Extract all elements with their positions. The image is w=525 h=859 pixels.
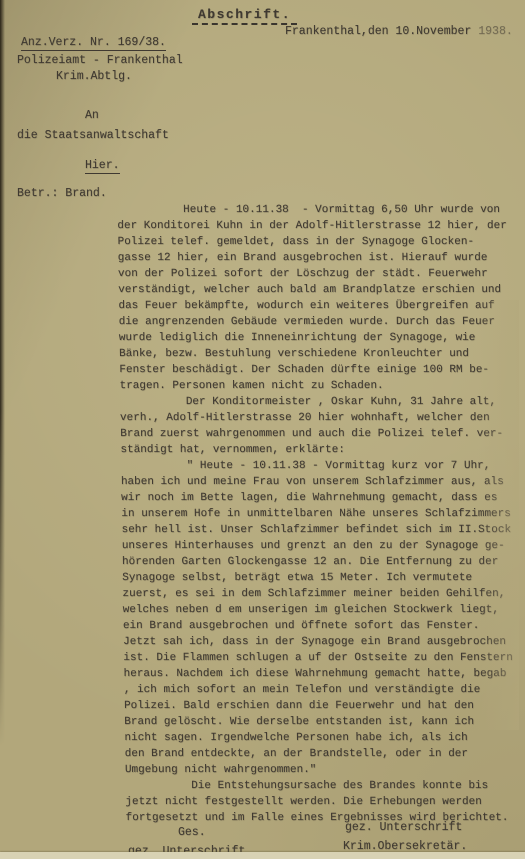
body-line: zuerst, es sei in dem Schlafzimmer meine… bbox=[122, 586, 512, 602]
subject-line: Betr.: Brand. bbox=[17, 187, 107, 200]
body-line: haben ich und meine Frau von unserem Sch… bbox=[121, 474, 511, 490]
body-line: den Brand entdeckte, an der Brandstelle,… bbox=[125, 746, 515, 762]
body-line: Die Entstehungsursache des Brandes konnt… bbox=[125, 778, 515, 794]
office-name: Polizeiamt - Frankenthal bbox=[17, 54, 183, 67]
body-line: die angrenzenden Gebäude vermieden wurde… bbox=[119, 314, 509, 330]
paper-left-shadow-edge bbox=[0, 0, 5, 745]
body-line: Heute - 10.11.38 - Vormittag 6,50 Uhr wu… bbox=[117, 202, 507, 218]
body-line: tragen. Personen kamen nicht zu Schaden. bbox=[119, 378, 509, 394]
signature-left-ges: Ges. bbox=[178, 826, 206, 839]
paper-bottom-edge bbox=[0, 852, 525, 859]
body-line: wir noch im Bette lagen, die Wahrnehmung… bbox=[121, 490, 511, 506]
body-line: Bänke, bezw. Bestuhlung verschiedene Kro… bbox=[119, 346, 509, 362]
body-line: verständigt, welcher auch bald am Brandp… bbox=[118, 282, 508, 298]
body-line: wurde lediglich die Inneneinrichtung der… bbox=[119, 330, 509, 346]
body-line: sehr hell ist. Unser Schlafzimmer befind… bbox=[121, 522, 511, 538]
body-line: in unserem Hofe in unmittelbaren Nähe un… bbox=[121, 506, 511, 522]
body-line: Fenster beschädigt. Der Schaden dürfte e… bbox=[119, 362, 509, 378]
body-line: Polizei. Bald erschien dann die Feuerweh… bbox=[124, 698, 514, 714]
body-line: Brand gelöscht. Wie derselbe entstanden … bbox=[124, 714, 514, 730]
recipient-an: An bbox=[85, 109, 99, 122]
body-line: hörenden Garten Glockengasse 12 an. Die … bbox=[122, 554, 512, 570]
body-line: jetzt nicht festgestellt werden. Die Erh… bbox=[125, 794, 515, 810]
date-place: Frankenthal,den 10.November bbox=[285, 25, 478, 38]
body-line: ist. Die Flammen schlugen a uf der Ostse… bbox=[123, 650, 513, 666]
body-line: Brand zuerst wahrgenommen und auch die P… bbox=[120, 426, 510, 442]
body-line: ein Brand ausgebrochen und öffnete sofor… bbox=[123, 618, 513, 634]
recipient-org: die Staatsanwaltschaft bbox=[17, 129, 169, 142]
date-year: 1938. bbox=[478, 25, 513, 38]
body-line: von der Polizei sofort der Löschzug der … bbox=[118, 266, 508, 282]
body-text: Heute - 10.11.38 - Vormittag 6,50 Uhr wu… bbox=[117, 202, 515, 826]
doc-title: Abschrift. bbox=[192, 7, 297, 25]
body-line: ständigt hat, vernommen, erklärte: bbox=[120, 442, 510, 458]
body-line: , ich mich sofort an mein Telefon und ve… bbox=[124, 682, 514, 698]
office-dept: Krim.Abtlg. bbox=[56, 70, 132, 83]
date-line: Frankenthal,den 10.November 1938. bbox=[285, 25, 513, 38]
body-line: Der Konditormeister , Oskar Kuhn, 31 Jah… bbox=[120, 394, 510, 410]
body-line: " Heute - 10.11.38 - Vormittag kurz vor … bbox=[121, 458, 511, 474]
recipient-hier: Hier. bbox=[85, 159, 120, 174]
body-line: welches neben d em unserigen im gleichen… bbox=[123, 602, 513, 618]
reference-number: Anz.Verz. Nr. 169/38. bbox=[21, 36, 166, 51]
body-line: das Feuer bekämpfte, wodurch ein weitere… bbox=[118, 298, 508, 314]
body-line: der Konditorei Kuhn in der Adolf-Hitlers… bbox=[117, 218, 507, 234]
body-line: heraus. Nachdem ich diese Wahrnehmung ge… bbox=[123, 666, 513, 682]
body-line: unseres Hinterhauses und grenzt an den z… bbox=[122, 538, 512, 554]
body-line: gasse 12 hier, ein Brand ausgebrochen is… bbox=[118, 250, 508, 266]
body-line: Umgebung nicht wahrgenommen." bbox=[125, 762, 515, 778]
body-line: Polizei telef. gemeldet, dass in der Syn… bbox=[117, 234, 507, 250]
body-line: Synagoge selbst, beträgt etwa 15 Meter. … bbox=[122, 570, 512, 586]
body-line: Jetzt sah ich, dass in der Synagoge ein … bbox=[123, 634, 513, 650]
document-page: Abschrift. Frankenthal,den 10.November 1… bbox=[0, 0, 525, 859]
body-line: nicht sagen. Irgendwelche Personen habe … bbox=[124, 730, 514, 746]
body-line: verh., Adolf-Hitlerstrasse 20 hier wohnh… bbox=[120, 410, 510, 426]
signature-right-name: gez. Unterschrift bbox=[345, 821, 462, 834]
